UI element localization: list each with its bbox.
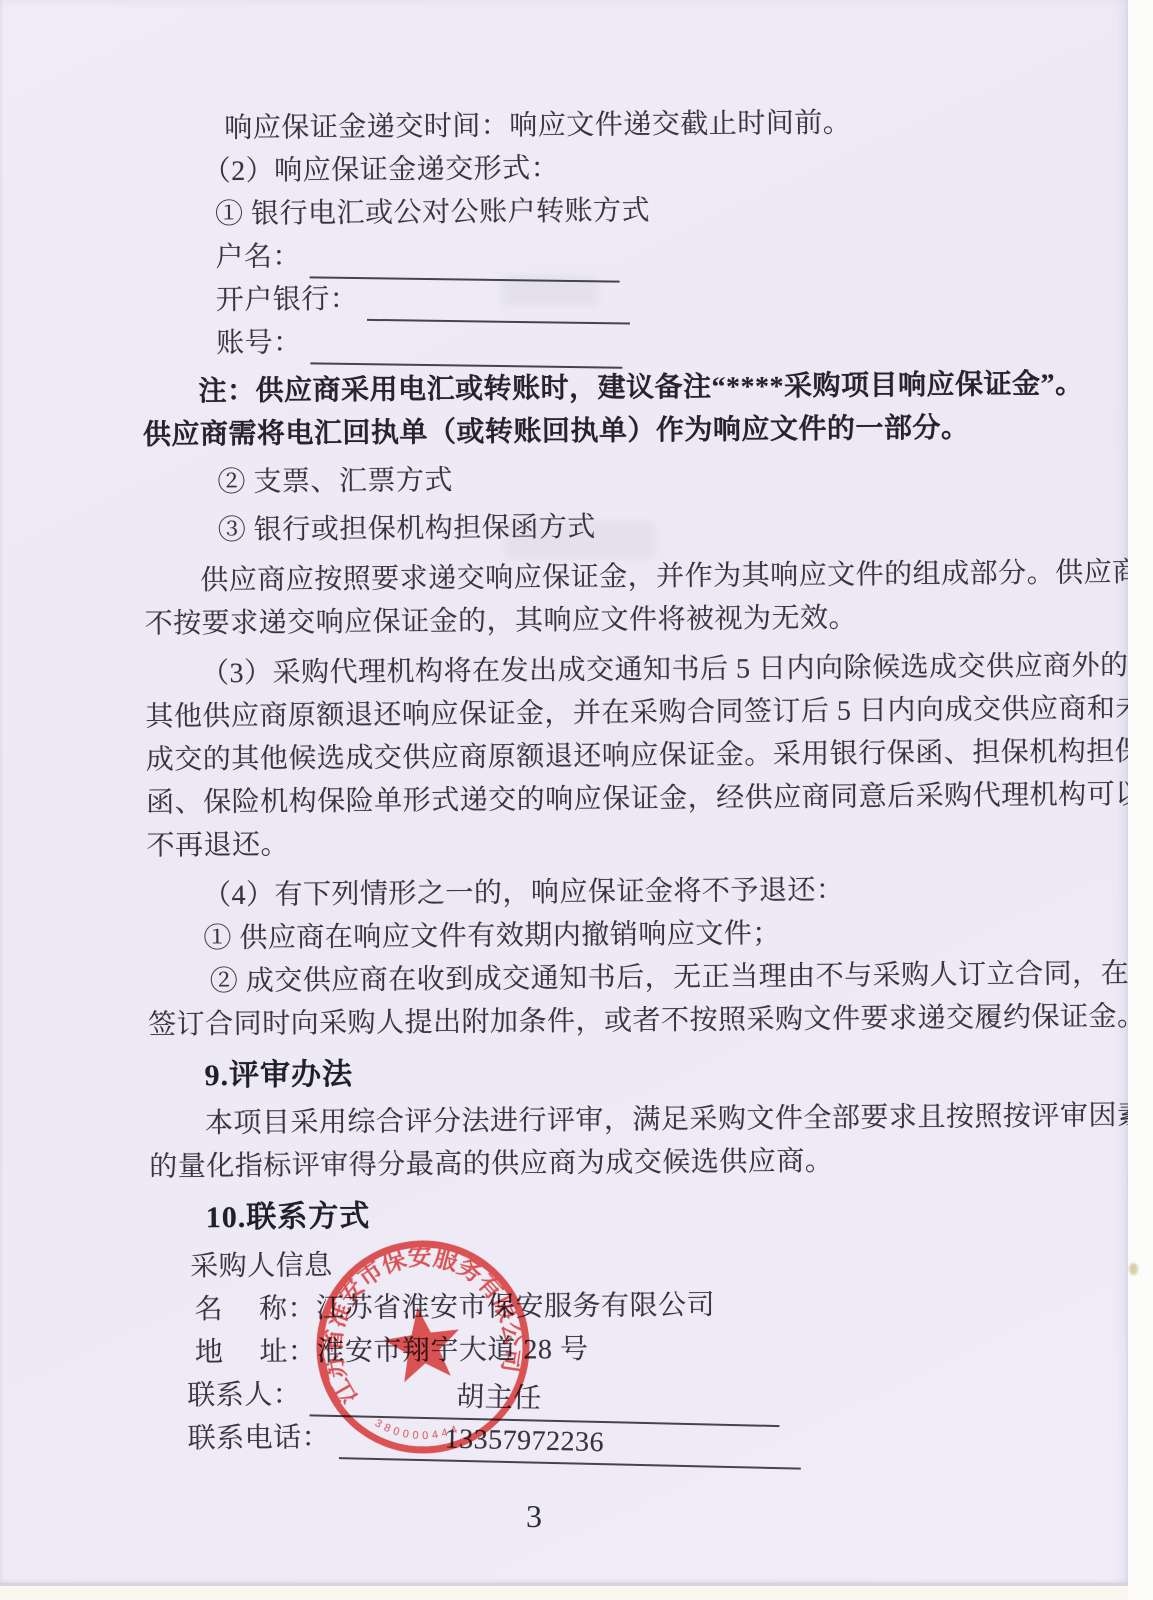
text-line: 其他供应商原额退还响应保证金，并在采购合同签订后 5 日内向成交供应商和未 — [145, 688, 1017, 739]
text-line: 供应商需将电汇回执单（或转账回执单）作为响应文件的一部分。 — [143, 406, 1015, 457]
seal-star-icon — [380, 1302, 465, 1384]
text-line: ② 成交供应商在收到成交通知书后，无正当理由不与采购人订立合同，在 — [210, 953, 1020, 1003]
document-body: 响应保证金递交时间：响应文件递交截止时间前。（2）响应保证金递交形式：① 银行电… — [140, 100, 1024, 1461]
field-label: 联系人： — [187, 1373, 301, 1417]
scanned-page: 响应保证金递交时间：响应文件递交截止时间前。（2）响应保证金递交形式：① 银行电… — [0, 0, 1128, 1586]
section-heading: 9.评审办法 — [204, 1047, 1020, 1098]
text-line: 的量化指标评审得分最高的供应商为成交候选供应商。 — [149, 1138, 1021, 1189]
text-line: 本项目采用综合评分法进行评审，满足采购文件全部要求且按照按评审因素 — [205, 1095, 1021, 1145]
field-label: 户名： — [215, 235, 301, 279]
text-line: ③ 银行或担保机构担保函方式 — [218, 502, 1016, 552]
text-line: 不再退还。 — [146, 817, 1018, 868]
scanner-margin-bottom — [0, 1586, 1128, 1600]
scanner-margin-right — [1128, 0, 1153, 1600]
text-line: 函、保险机构保险单形式递交的响应保证金，经供应商同意后采购代理机构可以 — [146, 774, 1018, 825]
text-line: （2）响应保证金递交形式： — [202, 143, 1012, 193]
text-line: 签订合同时向采购人提出附加条件，或者不按照采购文件要求递交履约保证金。 — [148, 996, 1020, 1047]
text-line: 注：供应商采用电汇或转账时，建议备注“****采购项目响应保证金”。 — [198, 363, 1014, 413]
text-line: ① 银行电汇或公对公账户转账方式 — [215, 186, 1013, 236]
text-line: （4）有下列情形之一的，响应保证金将不予退还： — [203, 867, 1019, 917]
text-line: ① 供应商在响应文件有效期内撤销响应文件； — [203, 910, 1019, 960]
text-line: 供应商应按照要求递交响应保证金，并作为其响应文件的组成部分。供应商 — [200, 552, 1016, 602]
form-field-line: 户名： — [215, 229, 1013, 279]
company-seal-stamp: 江苏省淮安市保安服务有限公司 380000444 — [294, 1218, 552, 1476]
text-line: ② 支票、汇票方式 — [217, 454, 1015, 504]
field-label: 账号： — [216, 321, 302, 365]
blank-underline-field — [310, 322, 623, 368]
section-heading: 10.联系方式 — [206, 1189, 1022, 1240]
text-line: 响应保证金递交时间：响应文件递交截止时间前。 — [224, 100, 1012, 150]
text-line: 成交的其他候选成交供应商原额退还响应保证金。采用银行保函、担保机构担保 — [146, 731, 1018, 782]
text-line: （3）采购代理机构将在发出成交通知书后 5 日内向除候选成交供应商外的 — [201, 645, 1017, 695]
page-number: 3 — [504, 1498, 564, 1535]
seal-graphic: 江苏省淮安市保安服务有限公司 380000444 — [294, 1218, 552, 1476]
text-line: 不按要求递交响应保证金的，其响应文件将被视为无效。 — [144, 595, 1016, 646]
paper-speck — [1129, 1263, 1138, 1275]
page-root: { "page": { "number": "3", "paper_color"… — [0, 0, 1153, 1600]
blank-underline-field — [309, 236, 620, 282]
blank-underline-field — [366, 279, 630, 325]
field-label: 开户银行： — [216, 278, 359, 322]
field-label: 联系电话： — [188, 1416, 331, 1460]
